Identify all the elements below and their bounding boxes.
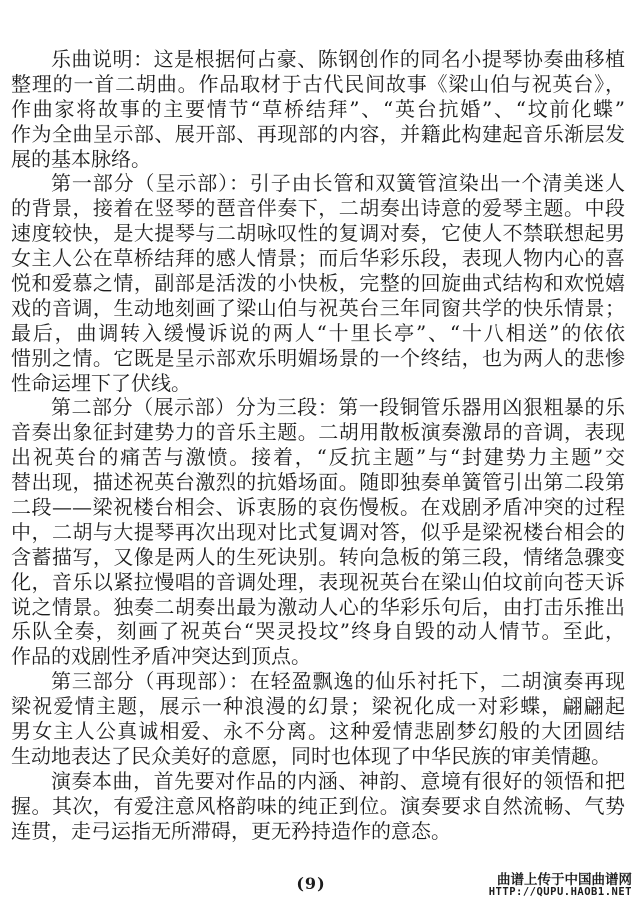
paragraph-3-line-3: 出祝英台的痛苦与激愤。接着，“反抗主题”与“封建势力主题”交 xyxy=(11,445,625,470)
paragraph-4-line-1: 第三部分（再现部）：在轻盈飘逸的仙乐衬托下，二胡演奏再现 xyxy=(11,669,625,694)
paragraph-2-line-9: 性命运埋下了伏线。 xyxy=(11,371,625,396)
paragraph-2-line-1: 第一部分（呈示部）：引子由长管和双簧管渲染出一个清美迷人 xyxy=(11,171,625,196)
paragraph-2-line-5: 悦和爱慕之情，副部是活泼的小快板，完整的回旋曲式结构和欢悦嬉 xyxy=(11,271,625,296)
paragraph-3-line-5: 二段——梁祝楼台相会、诉衷肠的哀伤慢板。在戏剧矛盾冲突的过程 xyxy=(11,495,625,520)
paragraph-3-line-10: 乐队全奏，刻画了祝英台“哭灵投坟”终身自毁的动人情节。至此， xyxy=(11,619,625,644)
paragraph-1-line-5: 展的基本脉络。 xyxy=(11,147,625,172)
paragraph-3-line-9: 说之情景。独奏二胡奏出最为激动人心的华彩乐句后，由打击乐推出 xyxy=(11,595,625,620)
paragraph-2-line-2: 的背景，接着在竖琴的琶音伴奏下，二胡奏出诗意的爱琴主题。中段 xyxy=(11,196,625,221)
paragraph-4-line-4: 生动地表达了民众美好的意愿，同时也体现了中华民族的审美情趣。 xyxy=(11,744,625,769)
paragraph-2-line-6: 戏的音调，生动地刻画了梁山伯与祝英台三年同窗共学的快乐情景； xyxy=(11,296,625,321)
paragraph-5-line-1: 演奏本曲，首先要对作品的内涵、神韵、意境有很好的领悟和把 xyxy=(11,769,625,794)
paragraph-4-line-3: 男女主人公真诚相爱、永不分离。这种爱情悲剧梦幻般的大团圆结局， xyxy=(11,719,625,744)
paragraph-1-line-4: 作为全曲呈示部、展开部、再现部的内容，并籍此构建起音乐渐层发 xyxy=(11,122,625,147)
paragraph-3-line-2: 音奏出象征封建势力的音乐主题。二胡用散板演奏激昂的音调，表现 xyxy=(11,420,625,445)
watermark-url: HTTP://QUPU.HAOB1.NET xyxy=(489,887,632,899)
paragraph-2-line-4: 女主人公在草桥结拜的感人情景；而后华彩乐段，表现人物内心的喜 xyxy=(11,246,625,271)
paragraph-3-line-8: 化，音乐以紧拉慢唱的音调处理，表现祝英台在梁山伯坟前向苍天诉 xyxy=(11,570,625,595)
paragraph-5-line-2: 握。其次，有爱注意风格韵味的纯正到位。演奏要求自然流畅、气势 xyxy=(11,794,625,819)
paragraph-2-line-8: 惜别之情。它既是呈示部欢乐明媚场景的一个终结，也为两人的悲惨 xyxy=(11,346,625,371)
watermark: 曲谱上传于中国曲谱网 HTTP://QUPU.HAOB1.NET xyxy=(489,873,632,899)
body-text: 乐曲说明：这是根据何占豪、陈钢创作的同名小提琴协奏曲移植整理的一首二胡曲。作品取… xyxy=(11,47,625,844)
paragraph-4-line-2: 梁祝爱情主题，展示一种浪漫的幻景；梁祝化成一对彩蝶，翩翩起舞， xyxy=(11,694,625,719)
paragraph-3-line-11: 作品的戏剧性矛盾冲突达到顶点。 xyxy=(11,644,625,669)
document-page: 乐曲说明：这是根据何占豪、陈钢创作的同名小提琴协奏曲移植整理的一首二胡曲。作品取… xyxy=(0,0,640,903)
paragraph-3-line-6: 中，二胡与大提琴再次出现对比式复调对答，似乎是梁祝楼台相会的 xyxy=(11,520,625,545)
paragraph-2-line-7: 最后，曲调转入缓慢诉说的两人“十里长亭”、“十八相送”的依依 xyxy=(11,321,625,346)
watermark-site-name: 曲谱上传于中国曲谱网 xyxy=(489,873,632,888)
paragraph-2-line-3: 速度较快，是大提琴与二胡咏叹性的复调对奏，它使人不禁联想起男 xyxy=(11,221,625,246)
paragraph-5-line-3: 连贯，走弓运指无所滞碍，更无矜持造作的意态。 xyxy=(11,819,625,844)
paragraph-1-line-1: 乐曲说明：这是根据何占豪、陈钢创作的同名小提琴协奏曲移植 xyxy=(11,47,625,72)
paragraph-3-line-7: 含蓄描写，又像是两人的生死诀别。转向急板的第三段，情绪急骤变 xyxy=(11,545,625,570)
paragraph-1-line-2: 整理的一首二胡曲。作品取材于古代民间故事《梁山伯与祝英台》， xyxy=(11,72,625,97)
paragraph-3-line-4: 替出现，描述祝英台激烈的抗婚场面。随即独奏单簧管引出第二段第 xyxy=(11,470,625,495)
paragraph-3-line-1: 第二部分（展示部）分为三段：第一段铜管乐器用凶狠粗暴的乐 xyxy=(11,395,625,420)
paragraph-1-line-3: 作曲家将故事的主要情节“草桥结拜”、“英台抗婚”、“坟前化蝶” xyxy=(11,97,625,122)
